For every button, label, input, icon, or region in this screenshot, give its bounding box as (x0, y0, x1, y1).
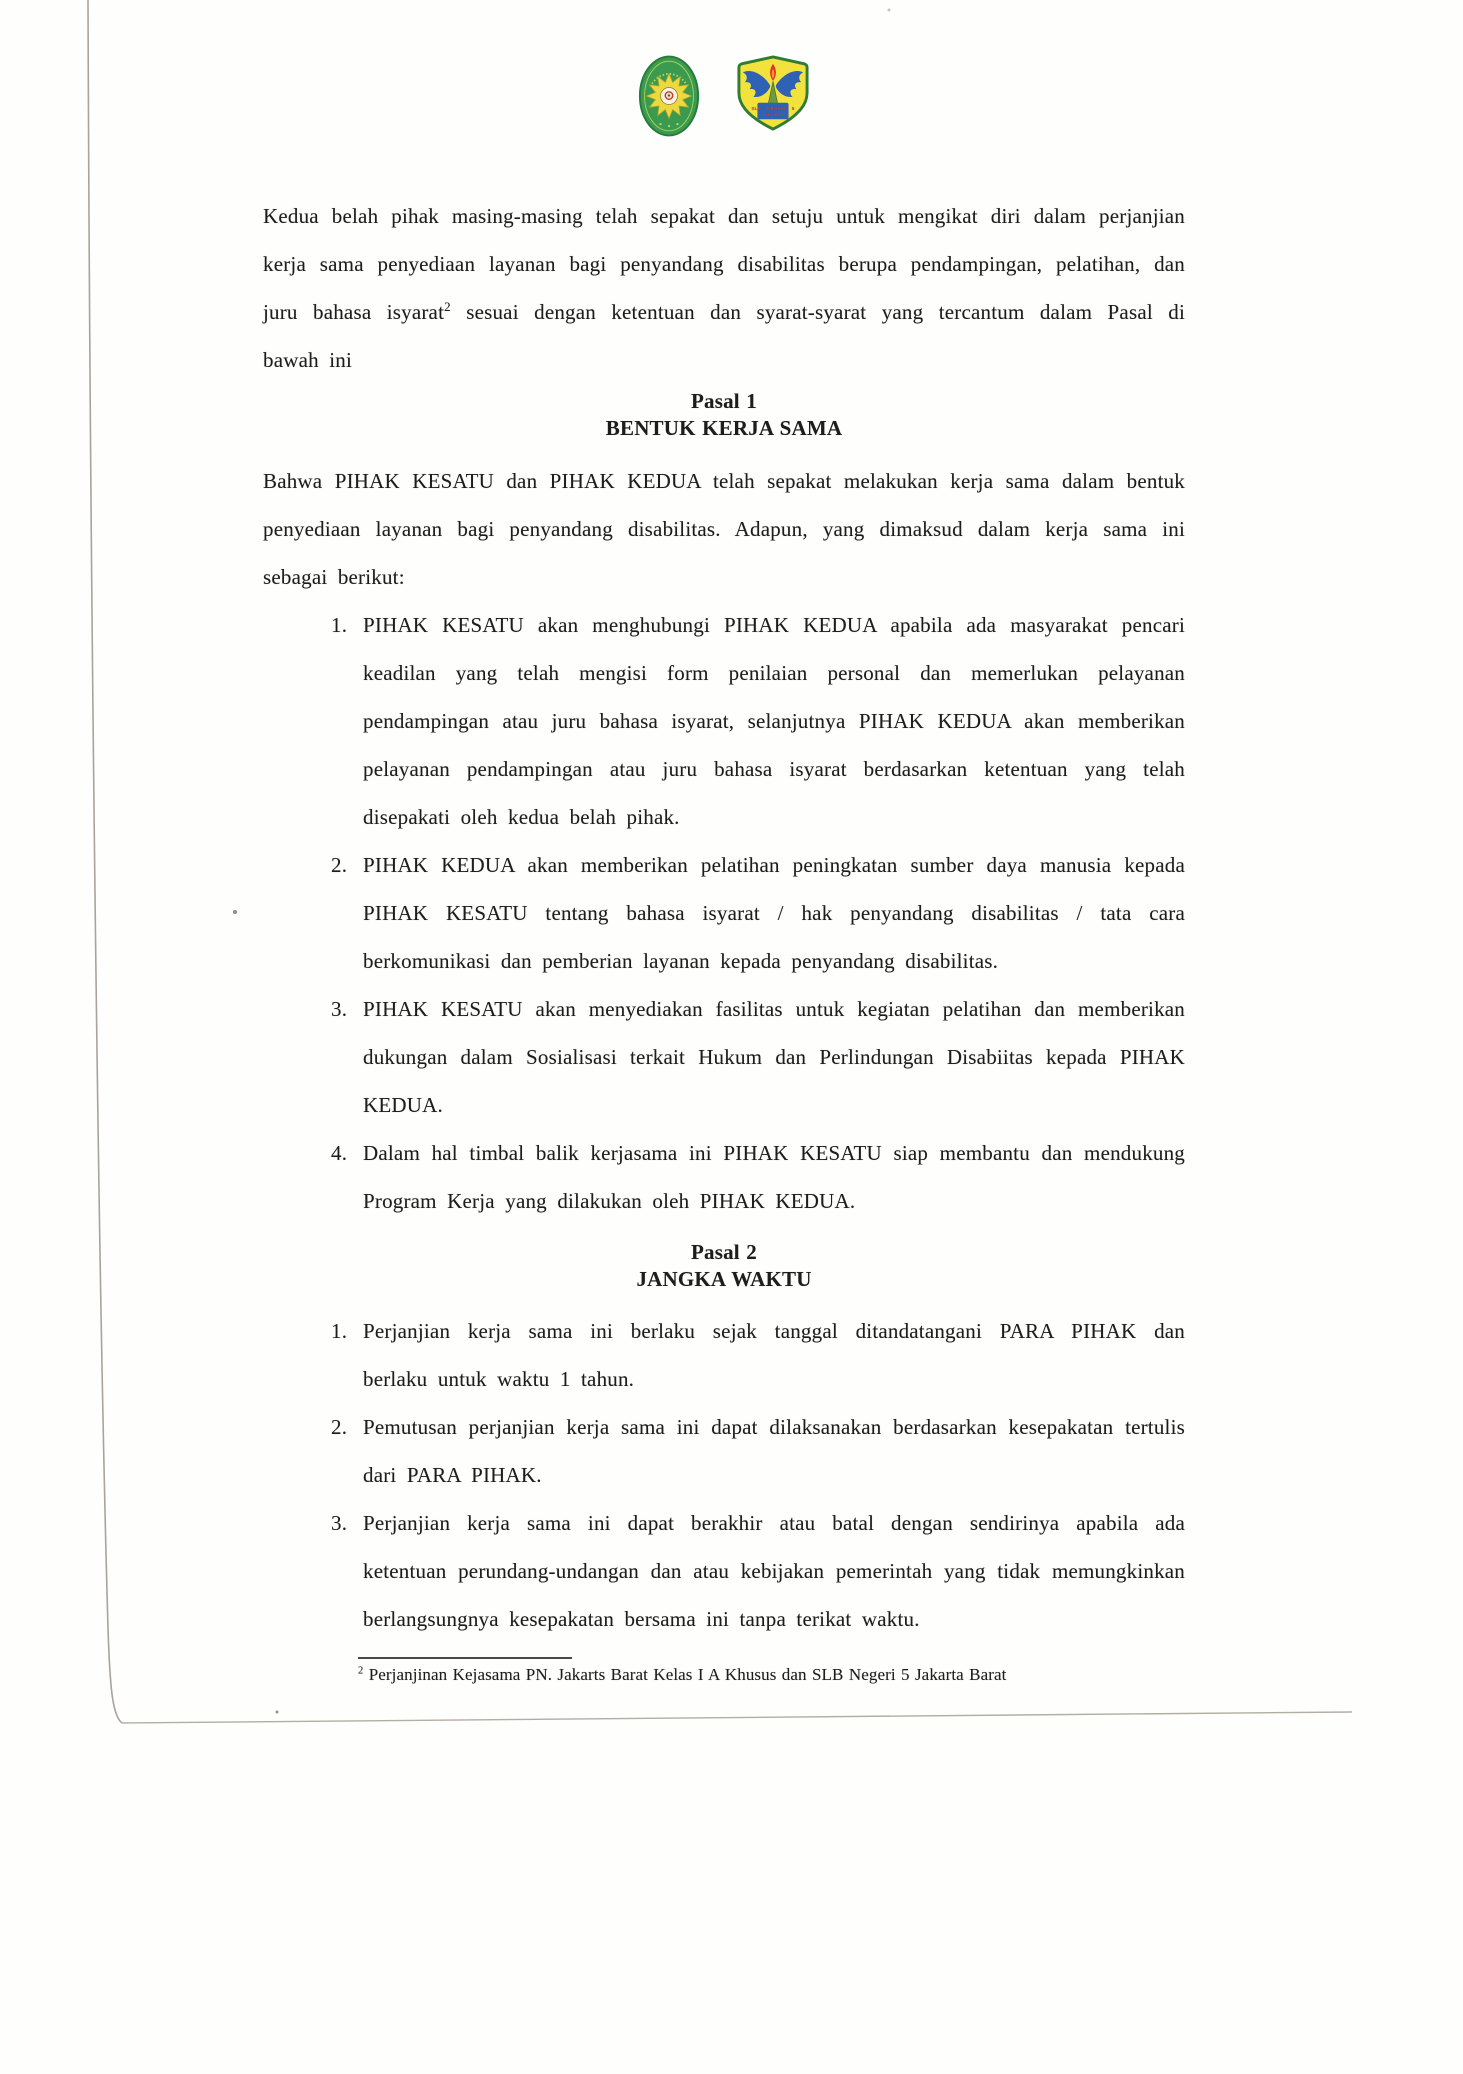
pasal-1-lead: Bahwa PIHAK KESATU dan PIHAK KEDUA telah… (263, 457, 1185, 601)
list-item-text: Pemutusan perjanjian kerja sama ini dapa… (363, 1403, 1185, 1499)
footnote: 2 Perjanjinan Kejasama PN. Jakarts Barat… (358, 1663, 1185, 1687)
court-seal-logo (638, 54, 700, 138)
list-item-text: Perjanjian kerja sama ini berlaku sejak … (363, 1307, 1185, 1403)
footnote-reference: 2 (444, 299, 451, 314)
list-item-text: Perjanjian kerja sama ini dapat berakhir… (363, 1499, 1185, 1643)
shield-banner-line1: SLB NEGERI 5 (751, 106, 794, 111)
list-item-number: 1. (331, 1307, 363, 1355)
list-item-number: 3. (331, 985, 363, 1033)
footnote-text: Perjanjinan Kejasama PN. Jakarts Barat K… (363, 1665, 1006, 1684)
pasal-1-heading: Pasal 1 BENTUK KERJA SAMA (263, 388, 1185, 442)
list-item-number: 2. (331, 1403, 363, 1451)
list-item-number: 4. (331, 1129, 363, 1177)
list-item: 1. Perjanjian kerja sama ini berlaku sej… (331, 1307, 1185, 1403)
list-item: 3. Perjanjian kerja sama ini dapat berak… (331, 1499, 1185, 1643)
list-item: 4. Dalam hal timbal balik kerjasama ini … (331, 1129, 1185, 1225)
pasal-1-subtitle: BENTUK KERJA SAMA (263, 415, 1185, 442)
footnote-block: 2 Perjanjinan Kejasama PN. Jakarts Barat… (358, 1657, 1185, 1687)
list-item: 2. Pemutusan perjanjian kerja sama ini d… (331, 1403, 1185, 1499)
scanned-document-page: SLB NEGERI 5 JAKARTA Kedua belah pihak m… (0, 0, 1463, 2074)
list-item: 2. PIHAK KEDUA akan memberikan pelatihan… (331, 841, 1185, 985)
list-item-text: PIHAK KESATU akan menyediakan fasilitas … (363, 985, 1185, 1129)
list-item: 1. PIHAK KESATU akan menghubungi PIHAK K… (331, 601, 1185, 841)
slb-shield-logo: SLB NEGERI 5 JAKARTA (736, 54, 810, 132)
pasal-2-heading: Pasal 2 JANGKA WAKTU (263, 1239, 1185, 1293)
list-item: 3. PIHAK KESATU akan menyediakan fasilit… (331, 985, 1185, 1129)
list-item-text: PIHAK KESATU akan menghubungi PIHAK KEDU… (363, 601, 1185, 841)
document-content: SLB NEGERI 5 JAKARTA Kedua belah pihak m… (263, 0, 1185, 1687)
list-item-number: 1. (331, 601, 363, 649)
pasal-1-title: Pasal 1 (263, 388, 1185, 415)
pasal-2-subtitle: JANGKA WAKTU (263, 1266, 1185, 1293)
intro-paragraph: Kedua belah pihak masing-masing telah se… (263, 192, 1185, 384)
header-logos: SLB NEGERI 5 JAKARTA (263, 54, 1185, 142)
pasal-1-list: 1. PIHAK KESATU akan menghubungi PIHAK K… (263, 601, 1185, 1225)
list-item-number: 2. (331, 841, 363, 889)
shield-banner-line2: JAKARTA (762, 112, 785, 117)
pasal-2-title: Pasal 2 (263, 1239, 1185, 1266)
list-item-text: Dalam hal timbal balik kerjasama ini PIH… (363, 1129, 1185, 1225)
pasal-2-list: 1. Perjanjian kerja sama ini berlaku sej… (263, 1307, 1185, 1643)
list-item-text: PIHAK KEDUA akan memberikan pelatihan pe… (363, 841, 1185, 985)
list-item-number: 3. (331, 1499, 363, 1547)
footnote-divider (358, 1657, 572, 1659)
